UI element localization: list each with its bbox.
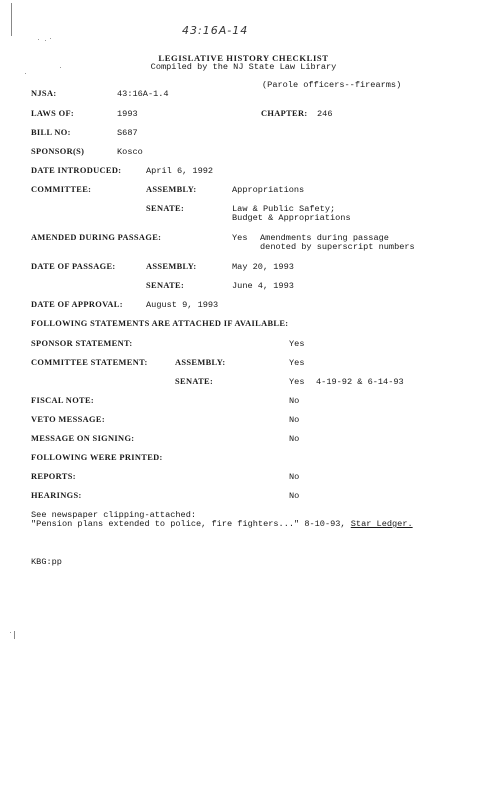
- committee-label: COMMITTEE:: [31, 185, 91, 194]
- committee-statement-senate-value: Yes: [289, 377, 304, 387]
- njsa-value: 43:16A-1.4: [117, 89, 169, 99]
- date-introduced-label: DATE INTRODUCED:: [31, 166, 121, 175]
- veto-message-label: VETO MESSAGE:: [31, 415, 105, 424]
- fiscal-note-label: FISCAL NOTE:: [31, 396, 94, 405]
- statements-heading: FOLLOWING STATEMENTS ARE ATTACHED IF AVA…: [31, 319, 288, 328]
- handwritten-statute-reference: 43:16A-14: [182, 24, 248, 37]
- fiscal-note-value: No: [289, 396, 299, 406]
- committee-assembly-value: Appropriations: [232, 185, 304, 195]
- chapter-value: 246: [317, 109, 332, 119]
- committee-statement-senate-label: SENATE:: [175, 377, 213, 386]
- veto-message-value: No: [289, 415, 299, 425]
- passage-assembly-label: ASSEMBLY:: [146, 262, 196, 271]
- scan-speck: [50, 38, 51, 39]
- laws-of-label: LAWS OF:: [31, 109, 74, 118]
- message-on-signing-value: No: [289, 434, 299, 444]
- sponsors-value: Kosco: [117, 147, 143, 157]
- passage-assembly-value: May 20, 1993: [232, 262, 294, 272]
- date-of-approval-label: DATE OF APPROVAL:: [31, 300, 123, 309]
- reports-label: REPORTS:: [31, 472, 76, 481]
- typist-initials: KBG:pp: [31, 557, 62, 567]
- clipping-source: Star Ledger.: [351, 519, 413, 529]
- date-of-approval-value: August 9, 1993: [146, 300, 218, 310]
- hearings-value: No: [289, 491, 299, 501]
- scan-speck: [10, 632, 11, 633]
- scan-speck: [45, 40, 46, 41]
- message-on-signing-label: MESSAGE ON SIGNING:: [31, 434, 134, 443]
- sponsors-label: SPONSOR(S): [31, 147, 84, 156]
- amended-note-line2: denoted by superscript numbers: [260, 242, 415, 252]
- scan-speck: [25, 73, 26, 74]
- reports-value: No: [289, 472, 299, 482]
- scan-speck: [38, 39, 39, 40]
- committee-assembly-label: ASSEMBLY:: [146, 185, 196, 194]
- bill-no-value: S687: [117, 128, 138, 138]
- passage-senate-label: SENATE:: [146, 281, 184, 290]
- scan-margin-line: [14, 631, 15, 639]
- bill-no-label: BILL NO:: [31, 128, 71, 137]
- committee-statement-assembly-value: Yes: [289, 358, 304, 368]
- committee-statement-assembly-label: ASSEMBLY:: [175, 358, 225, 367]
- sponsor-statement-value: Yes: [289, 339, 304, 349]
- sponsor-statement-label: SPONSOR STATEMENT:: [31, 339, 132, 348]
- committee-statement-senate-dates: 4-19-92 & 6-14-93: [316, 377, 404, 387]
- date-of-passage-label: DATE OF PASSAGE:: [31, 262, 116, 271]
- njsa-label: NJSA:: [31, 89, 56, 98]
- passage-senate-value: June 4, 1993: [232, 281, 294, 291]
- chapter-label: CHAPTER:: [261, 109, 308, 118]
- amended-label: AMENDED DURING PASSAGE:: [31, 233, 161, 242]
- clipping-note-line2: "Pension plans extended to police, fire …: [31, 519, 413, 529]
- clipping-headline: "Pension plans extended to police, fire …: [31, 519, 351, 529]
- laws-of-value: 1993: [117, 109, 138, 119]
- bill-topic: (Parole officers--firearms): [262, 80, 401, 90]
- committee-statement-label: COMMITTEE STATEMENT:: [31, 358, 148, 367]
- printed-heading: FOLLOWING WERE PRINTED:: [31, 453, 163, 462]
- document-subtitle: Compiled by the NJ State Law Library: [0, 62, 487, 72]
- date-introduced-value: April 6, 1992: [146, 166, 213, 176]
- amended-value: Yes: [232, 233, 247, 243]
- committee-senate-value-line2: Budget & Appropriations: [232, 213, 351, 223]
- scan-margin-line: [11, 3, 12, 36]
- hearings-label: HEARINGS:: [31, 491, 82, 500]
- committee-senate-label: SENATE:: [146, 204, 184, 213]
